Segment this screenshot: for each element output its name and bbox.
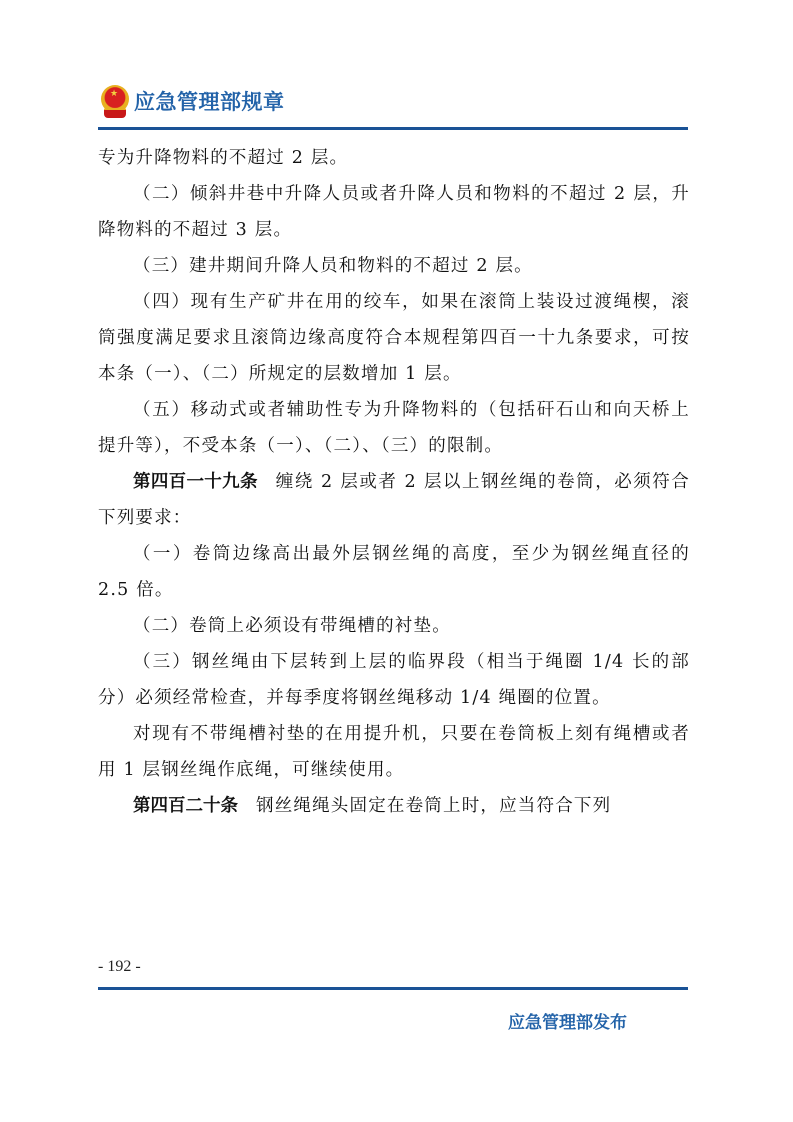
- document-body: 专为升降物料的不超过 2 层。 （二）倾斜井巷中升降人员或者升降人员和物料的不超…: [98, 140, 690, 824]
- paragraph-2: （三）建井期间升降人员和物料的不超过 2 层。: [98, 248, 690, 284]
- paragraph-9: 对现有不带绳槽衬垫的在用提升机，只要在卷筒板上刻有绳槽或者用 1 层钢丝绳作底绳…: [98, 716, 690, 788]
- paragraph-1: （二）倾斜井巷中升降人员或者升降人员和物料的不超过 2 层，升降物料的不超过 3…: [98, 176, 690, 248]
- header-divider: [98, 127, 688, 130]
- article-number: 第四百一十九条: [133, 472, 258, 492]
- paragraph-3: （四）现有生产矿井在用的绞车，如果在滚筒上装设过渡绳楔，滚筒强度满足要求且滚筒边…: [98, 284, 690, 392]
- article-number: 第四百二十条: [133, 796, 238, 816]
- paragraph-4: （五）移动式或者辅助性专为升降物料的（包括矸石山和向天桥上提升等），不受本条（一…: [98, 392, 690, 464]
- paragraph-7: （二）卷筒上必须设有带绳槽的衬垫。: [98, 608, 690, 644]
- page-header: ★ 应急管理部规章: [100, 83, 285, 119]
- paragraph-8: （三）钢丝绳由下层转到上层的临界段（相当于绳圈 1/4 长的部分）必须经常检查，…: [98, 644, 690, 716]
- paragraph-0: 专为升降物料的不超过 2 层。: [98, 140, 690, 176]
- publisher-label: 应急管理部发布: [508, 1008, 627, 1033]
- national-emblem-icon: ★: [100, 85, 130, 117]
- header-title: 应急管理部规章: [134, 86, 285, 116]
- article-419: 第四百一十九条缠绕 2 层或者 2 层以上钢丝绳的卷筒，必须符合下列要求：: [98, 464, 690, 536]
- footer-divider: [98, 987, 688, 990]
- article-420: 第四百二十条钢丝绳绳头固定在卷筒上时，应当符合下列: [98, 788, 690, 824]
- page-number: - 192 -: [98, 958, 141, 976]
- paragraph-6: （一）卷筒边缘高出最外层钢丝绳的高度，至少为钢丝绳直径的 2.5 倍。: [98, 536, 690, 608]
